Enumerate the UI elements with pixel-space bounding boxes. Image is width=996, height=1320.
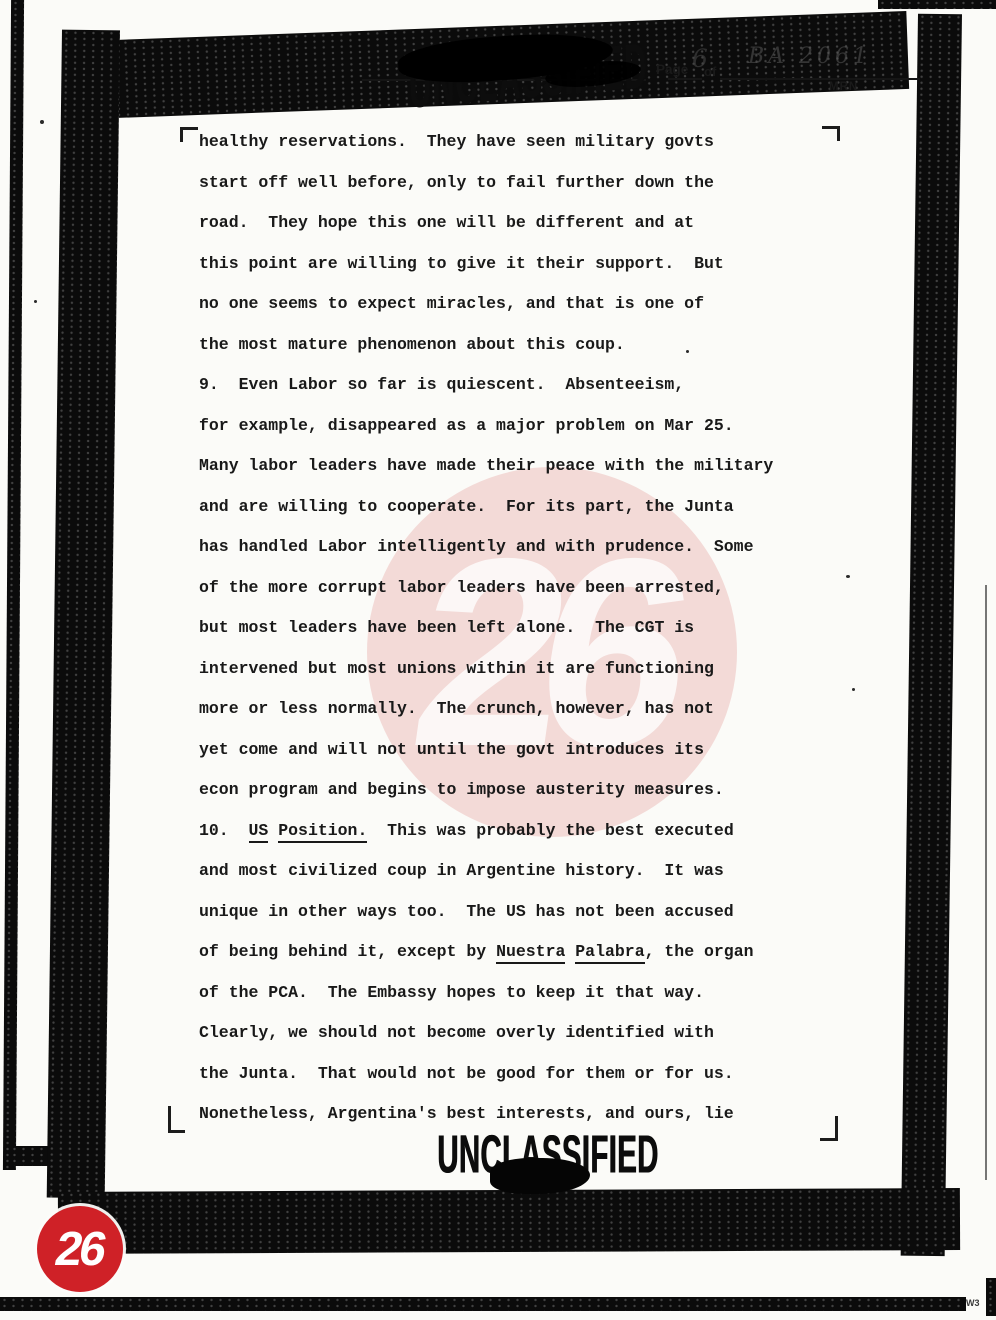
photocopy-border-bottom xyxy=(58,1188,960,1254)
typed-line: this point are willing to give it their … xyxy=(199,244,773,285)
bracket-top-right xyxy=(822,126,840,141)
scan-line-artifact xyxy=(985,585,987,1180)
bracket-bottom-right xyxy=(820,1116,838,1141)
underlined-text: Palabra xyxy=(575,942,644,964)
typed-line: Clearly, we should not become overly ide… xyxy=(199,1013,773,1054)
typed-line: the Junta. That would not be good for th… xyxy=(199,1054,773,1095)
underlined-text: US xyxy=(249,821,269,843)
handwritten-mrn-value: BA 2061 xyxy=(748,44,871,69)
photocopy-border-right xyxy=(901,14,962,1256)
typed-line: 10. US Position. This was probably the b… xyxy=(199,811,773,852)
scan-noise-dot xyxy=(852,688,855,691)
scan-notch-top-right xyxy=(878,0,996,9)
scan-noise-dot xyxy=(34,300,37,303)
page-label: Page xyxy=(656,62,688,77)
typed-line: for example, disappeared as a major prob… xyxy=(199,406,773,447)
typed-line: the most mature phenomenon about this co… xyxy=(199,325,773,366)
typed-line: but most leaders have been left alone. T… xyxy=(199,608,773,649)
mrn-blank xyxy=(720,78,920,80)
scanned-document-page: 26 UNCLASSIFIED Page of MRN 6 BA 2061 he… xyxy=(0,0,996,1320)
typed-line: start off well before, only to fail furt… xyxy=(199,163,773,204)
underlined-text: Nuestra xyxy=(496,942,565,964)
typed-line: of the PCA. The Embassy hopes to keep it… xyxy=(199,973,773,1014)
ink-blob-bottom xyxy=(490,1158,590,1194)
scan-noise-dot xyxy=(40,120,44,124)
scan-strip-bottom xyxy=(0,1297,966,1311)
typed-line: and are willing to cooperate. For its pa… xyxy=(199,487,773,528)
typed-line: no one seems to expect miracles, and tha… xyxy=(199,284,773,325)
scan-noise-dot xyxy=(846,575,850,578)
typed-line: has handled Labor intelligently and with… xyxy=(199,527,773,568)
photocopy-border-left xyxy=(47,30,120,1199)
typed-line: Many labor leaders have made their peace… xyxy=(199,446,773,487)
typed-line: yet come and will not until the govt int… xyxy=(199,730,773,771)
typed-line: intervened but most unions within it are… xyxy=(199,649,773,690)
page-number-blank xyxy=(668,78,702,80)
scan-edge-strip-left xyxy=(3,0,24,1170)
scan-corner-text: W3 xyxy=(966,1298,980,1308)
typed-line: of being behind it, except by Nuestra Pa… xyxy=(199,932,773,973)
typed-line: econ program and begins to impose auster… xyxy=(199,770,773,811)
channel-26-logo-text: 26 xyxy=(51,1222,108,1277)
typed-text-block: healthy reservations. They have seen mil… xyxy=(199,122,773,1135)
typed-line: more or less normally. The crunch, howev… xyxy=(199,689,773,730)
typed-line: and most civilized coup in Argentine his… xyxy=(199,851,773,892)
bracket-bottom-left xyxy=(168,1106,185,1133)
typed-line: of the more corrupt labor leaders have b… xyxy=(199,568,773,609)
typed-line: road. They hope this one will be differe… xyxy=(199,203,773,244)
of-label: of xyxy=(704,64,716,79)
scan-mark-bottom-right xyxy=(986,1278,996,1316)
typed-line: unique in other ways too. The US has not… xyxy=(199,892,773,933)
underlined-text: Position. xyxy=(278,821,367,843)
typed-line: healthy reservations. They have seen mil… xyxy=(199,122,773,163)
channel-26-logo: 26 xyxy=(37,1206,123,1292)
typed-line: 9. Even Labor so far is quiescent. Absen… xyxy=(199,365,773,406)
bracket-top-left xyxy=(180,127,198,142)
mrn-label: MRN xyxy=(829,81,858,93)
